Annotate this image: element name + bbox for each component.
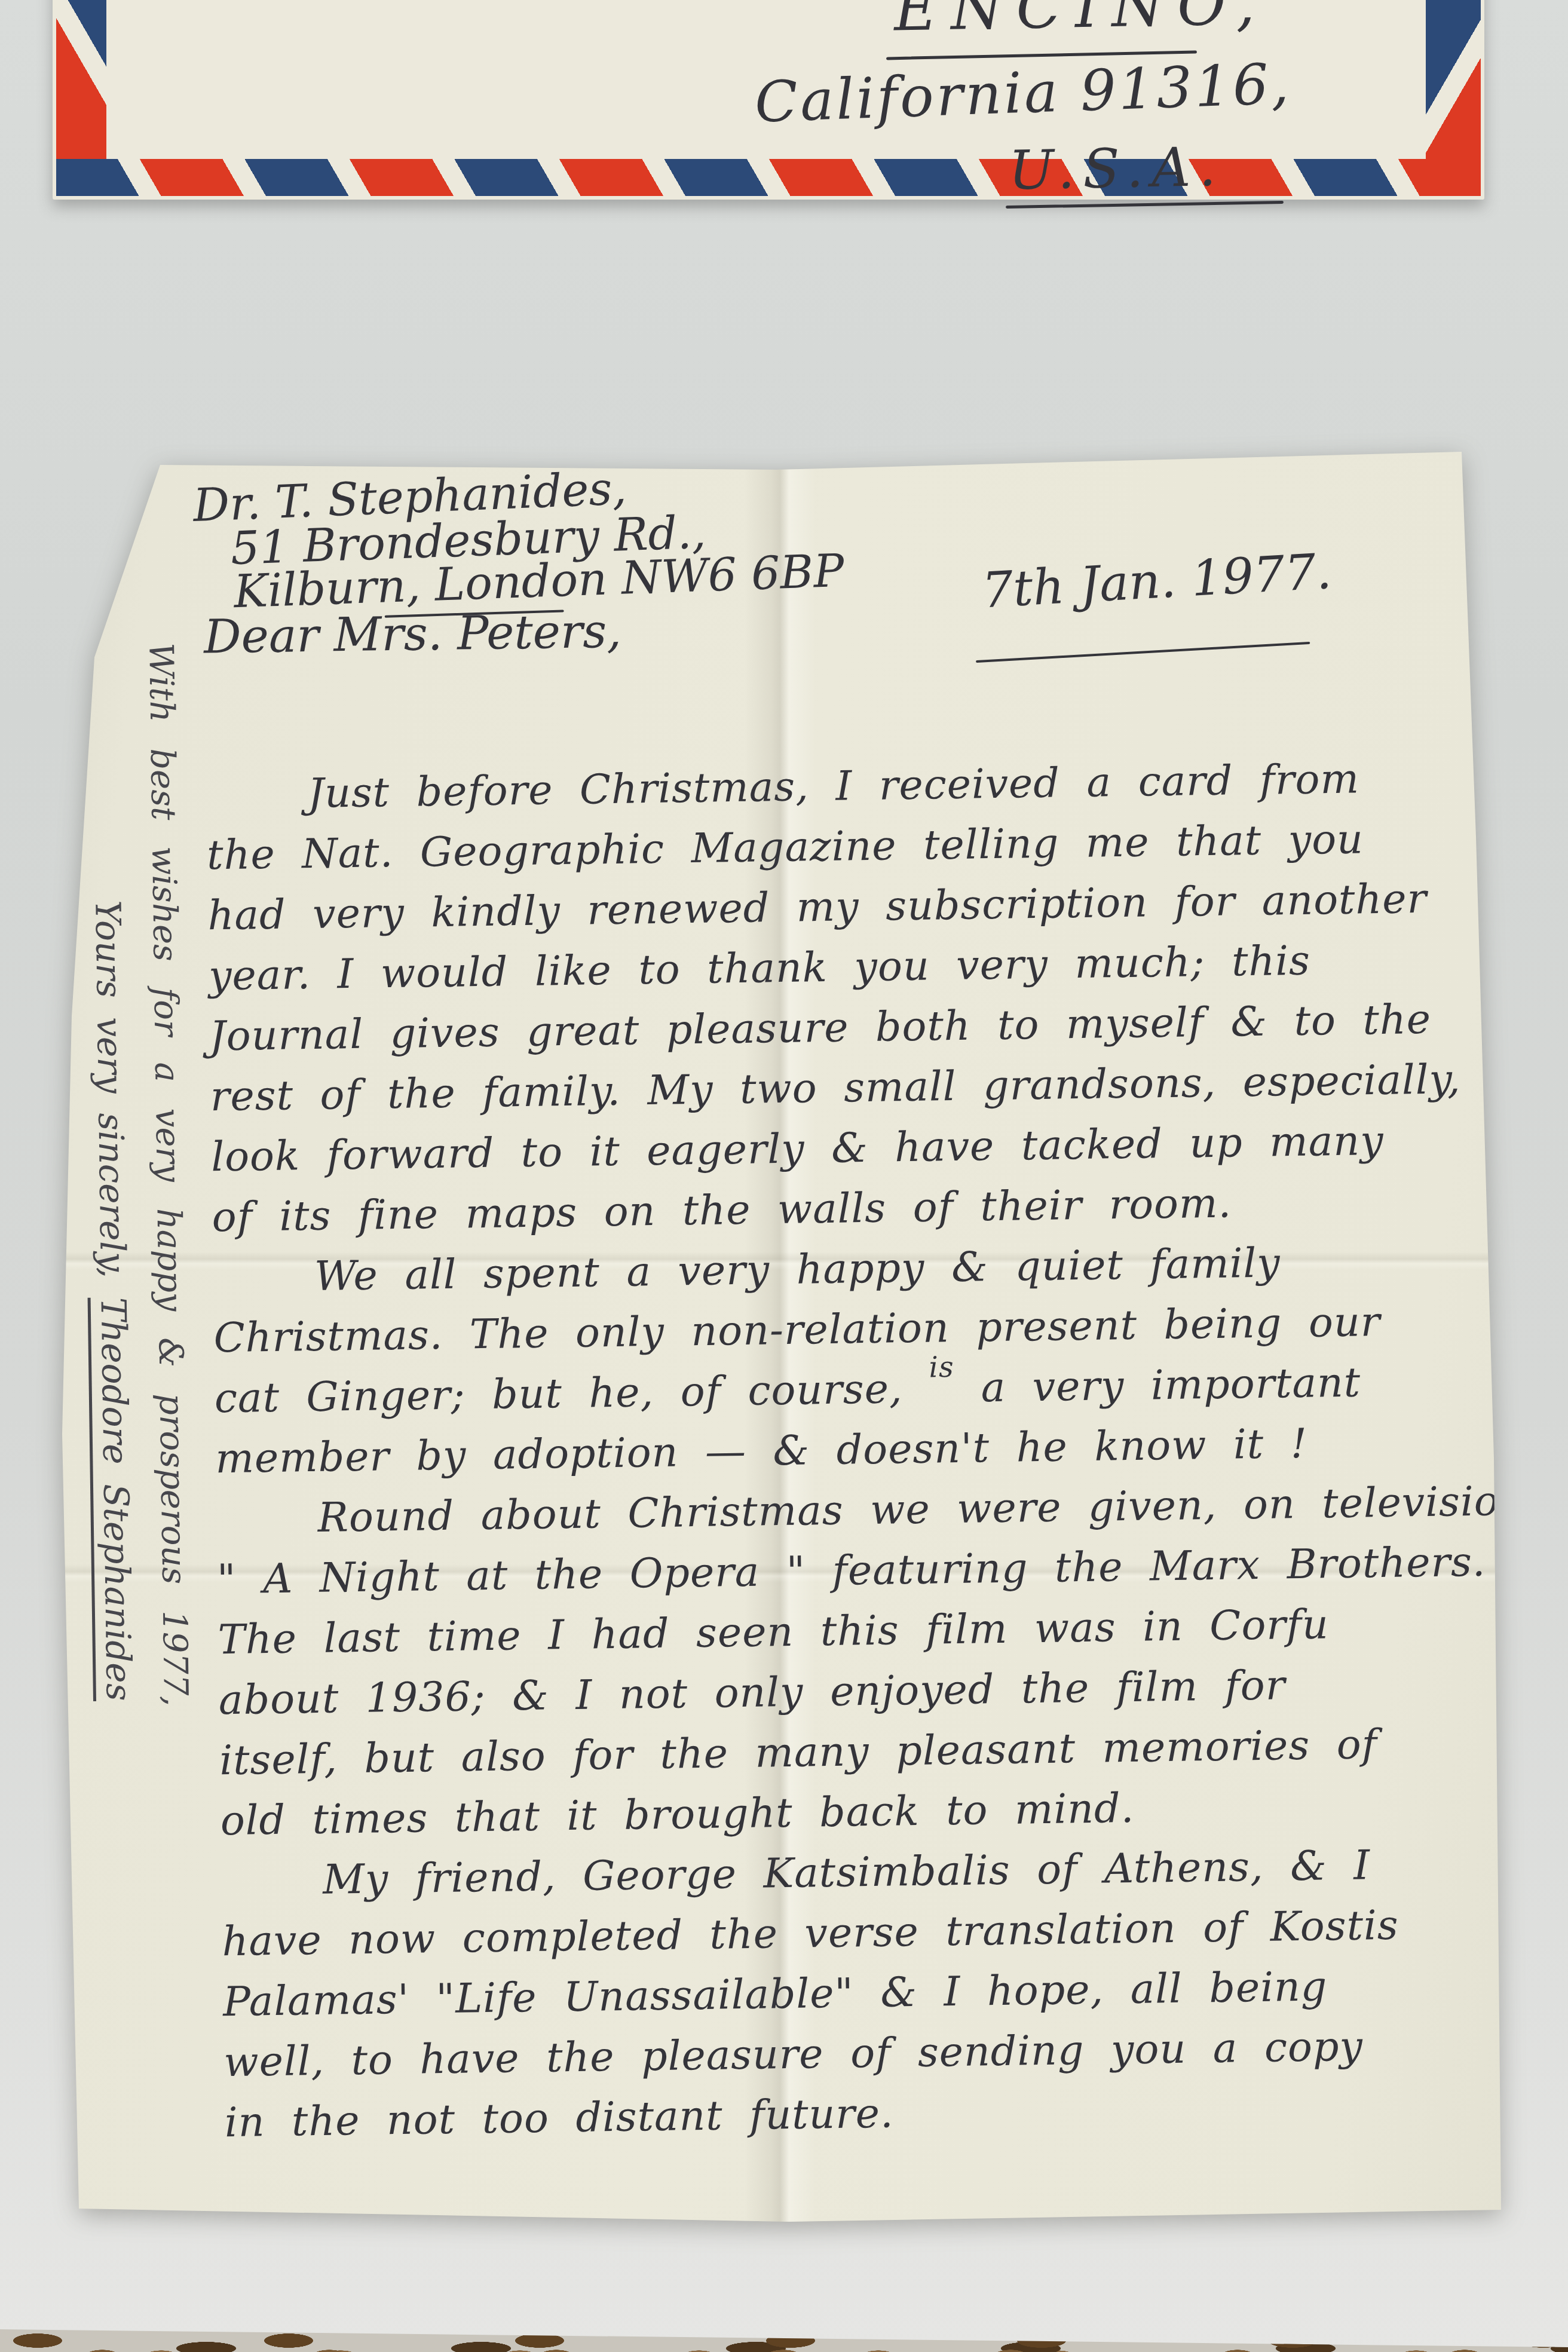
- letter-body: Just before Christmas, I received a card…: [0, 423, 1568, 2243]
- airmail-envelope: ENCINO, California 91316, U.S.A.: [53, 0, 1484, 200]
- letter-line: We all spent a very happy & quiet family: [314, 1239, 1281, 1300]
- letter-line: My friend, George Katsimbalis of Athens,…: [323, 1842, 1371, 1903]
- letter-line: of its fine maps on the walls of their r…: [212, 1180, 1232, 1241]
- caret-insertion-word: is: [929, 1350, 954, 1385]
- letter-line: had very kindly renewed my subscription …: [207, 875, 1427, 939]
- letter-line: The last time I had seen this film was i…: [218, 1601, 1329, 1664]
- letter-paper: Dr. T. Stephanides, 51 Brondesbury Rd., …: [0, 442, 1568, 2241]
- airmail-stripe-border-right: [1426, 0, 1481, 161]
- signature: Theodore Stephanides: [93, 1297, 139, 1701]
- patterned-table-surface: [0, 2325, 1568, 2352]
- envelope-address-country: U.S.A.: [1008, 136, 1225, 202]
- letter-line: year. I would like to thank you very muc…: [209, 938, 1311, 1000]
- letter-line: the Nat. Geographic Magazine telling me …: [207, 816, 1364, 879]
- letter-line: well, to have the pleasure of sending yo…: [223, 2023, 1363, 2087]
- letter-sheet: Dr. T. Stephanides, 51 Brondesbury Rd., …: [0, 442, 1568, 2241]
- letter-line: Palamas' "Life Unassailable" & I hope, a…: [223, 1963, 1328, 2026]
- margin-closing: Yours very sincerely,: [87, 900, 133, 1278]
- letter-content: Dr. T. Stephanides, 51 Brondesbury Rd., …: [0, 423, 1568, 2243]
- airmail-stripe-border-bottom: [56, 159, 1481, 196]
- letter-line: Christmas. The only non-relation present…: [213, 1298, 1381, 1362]
- letter-line: itself, but also for the many pleasant m…: [219, 1721, 1377, 1784]
- photo-background: ENCINO, California 91316, U.S.A. Dr. T. …: [0, 0, 1568, 2352]
- airmail-stripe-border-left: [56, 0, 106, 161]
- envelope-country-underline: [1006, 201, 1284, 209]
- letter-line: Journal gives great pleasure both to mys…: [209, 996, 1431, 1061]
- letter-line: Round about Christmas we were given, on …: [317, 1477, 1539, 1542]
- letter-line: rest of the family. My two small grandso…: [210, 1056, 1461, 1120]
- envelope-address-state-zip: California 91316,: [754, 51, 1292, 135]
- letter-line: old times that it brought back to mind.: [220, 1785, 1134, 1845]
- letter-line: " A Night at the Opera " featuring the M…: [217, 1539, 1486, 1604]
- letter-line: member by adoption — & doesn't he know i…: [215, 1420, 1308, 1483]
- letter-line: about 1936; & I not only enjoyed the fil…: [218, 1662, 1285, 1724]
- letter-line: Just before Christmas, I received a card…: [307, 755, 1359, 817]
- envelope-address-city: ENCINO,: [893, 0, 1269, 44]
- letter-line: look forward to it eagerly & have tacked…: [211, 1117, 1384, 1181]
- letter-line: cat Ginger; but he, of course, is a very…: [214, 1359, 1361, 1422]
- letter-line: have now completed the verse translation…: [222, 1902, 1399, 1965]
- letter-line: in the not too distant future.: [224, 2090, 894, 2147]
